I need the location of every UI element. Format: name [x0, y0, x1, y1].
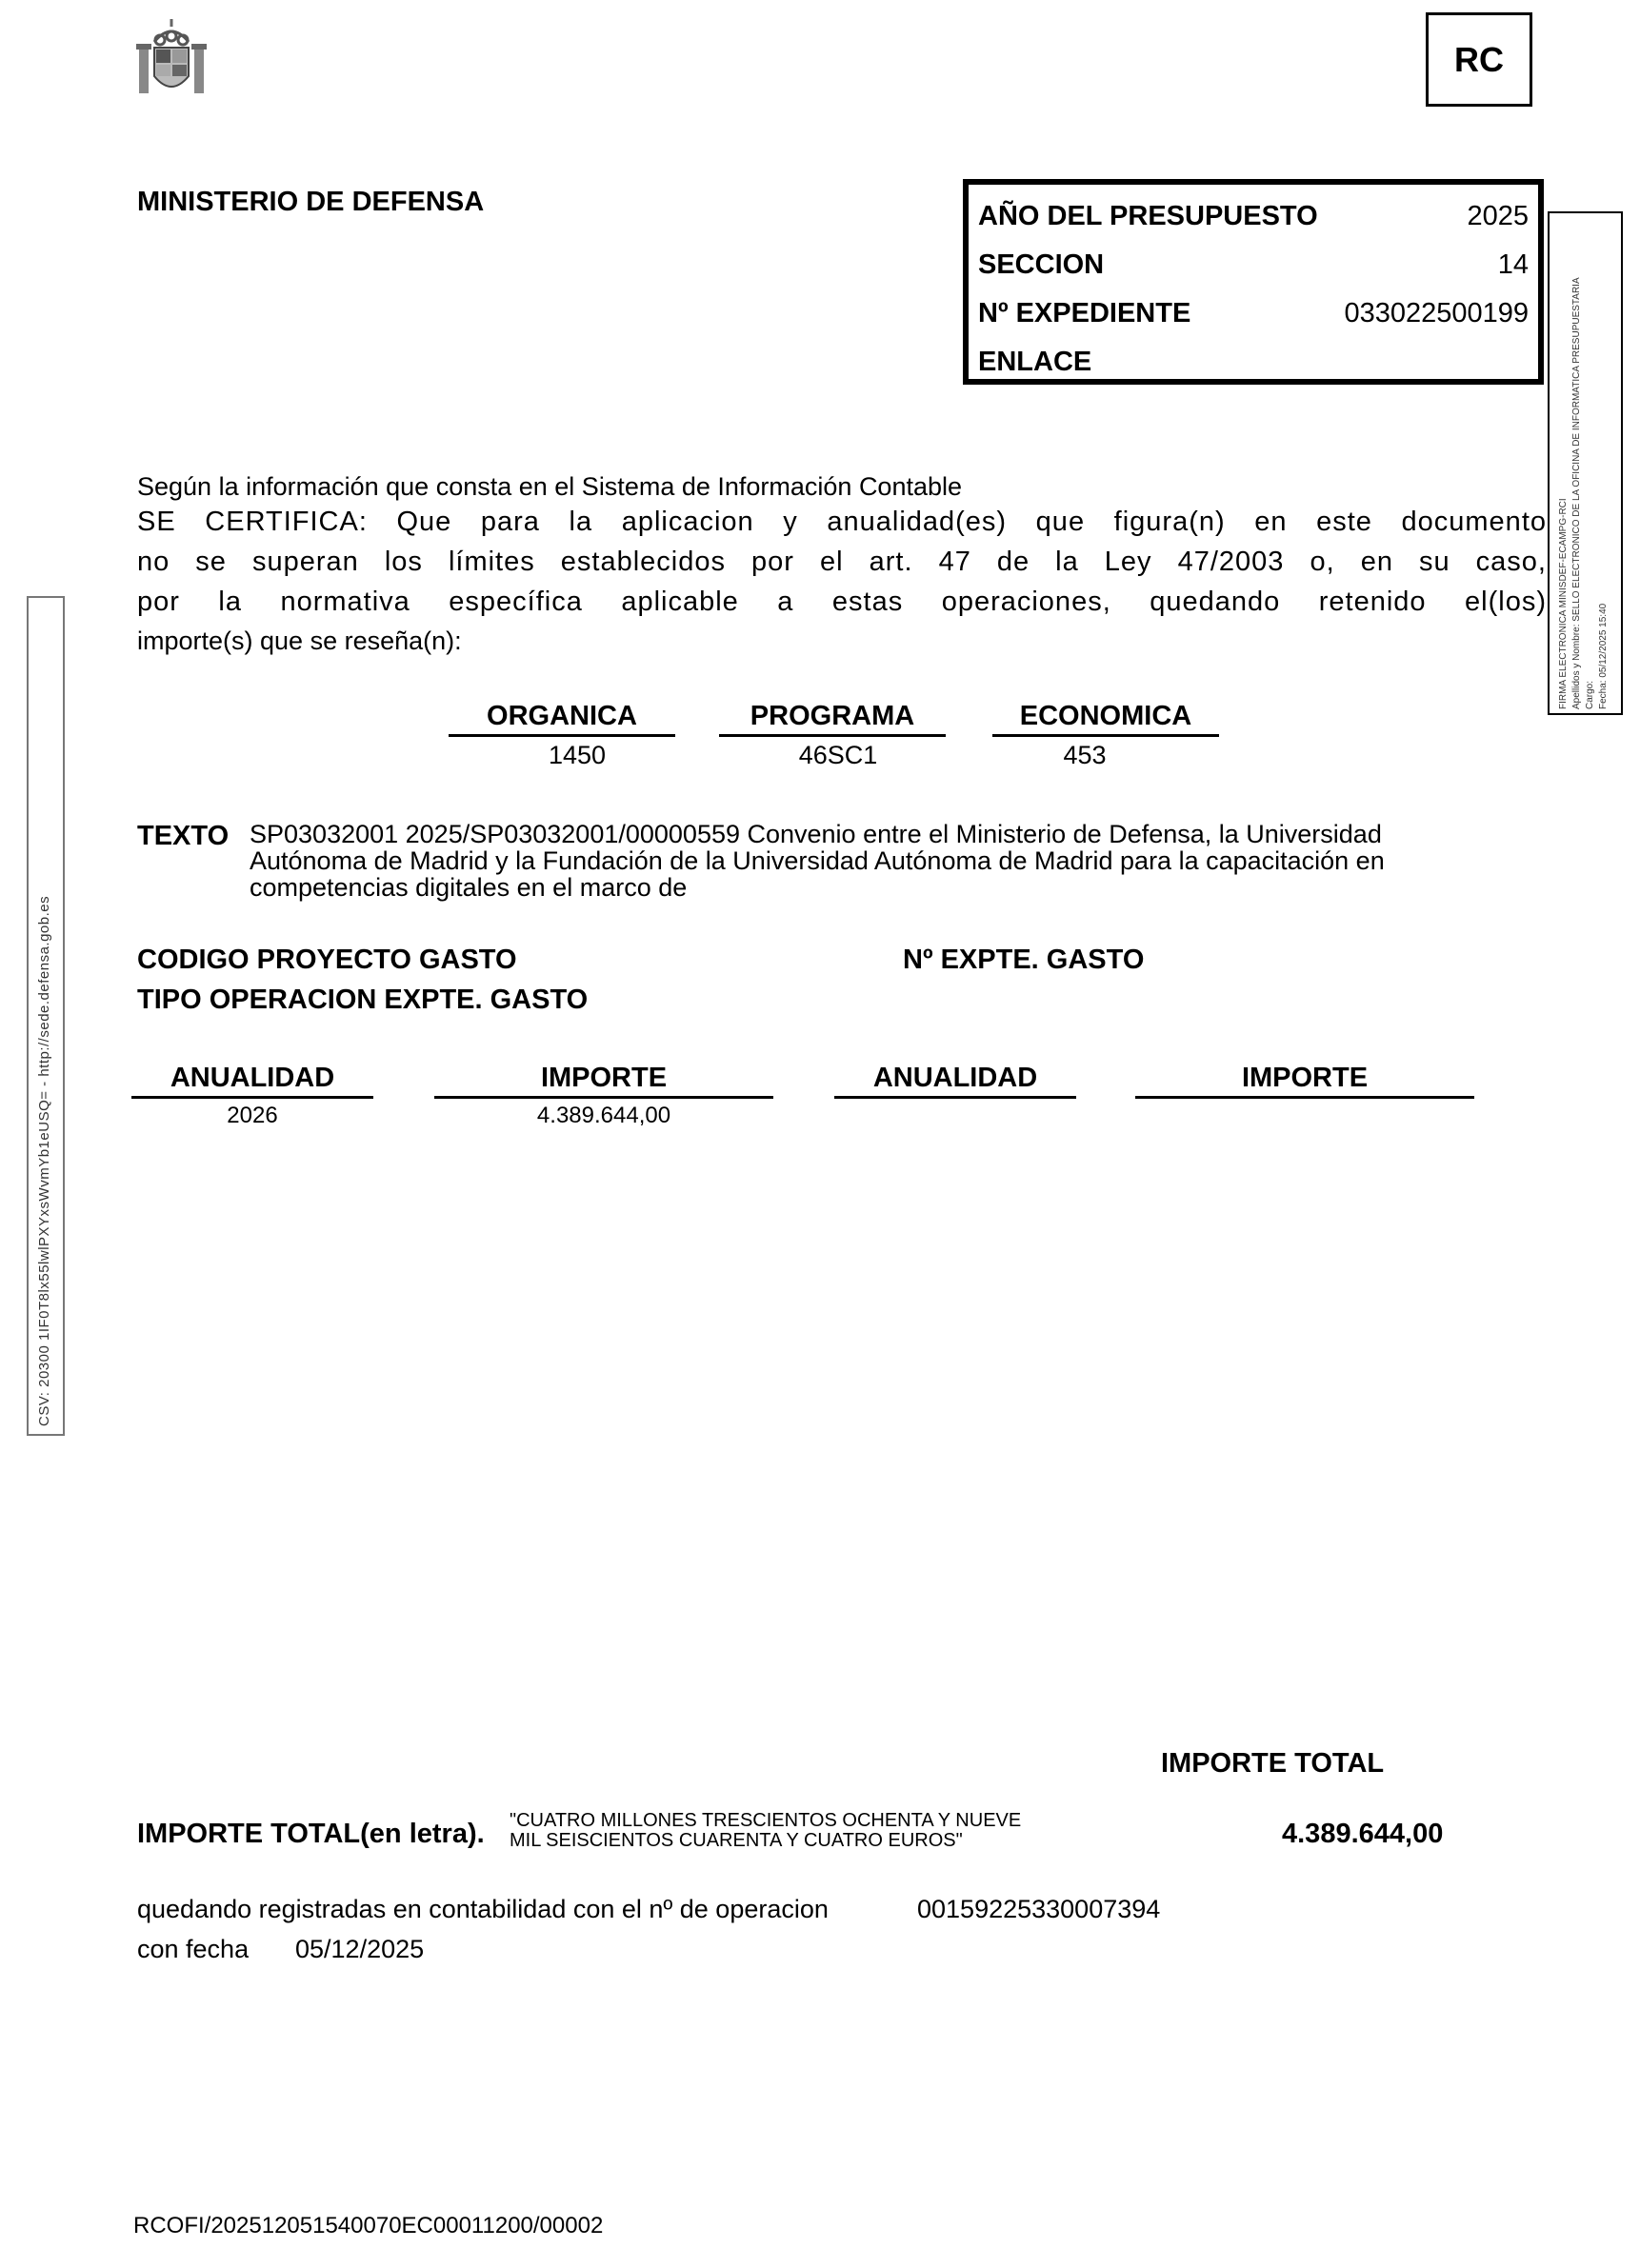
- value-organica: 1450: [449, 741, 706, 770]
- header-anualidad-1: ANUALIDAD: [131, 1063, 373, 1099]
- certificate-line: no se superan los límites establecidos p…: [137, 547, 1547, 578]
- importe-letra-line: "CUATRO MILLONES TRESCIENTOS OCHENTA Y N…: [510, 1811, 1021, 1831]
- expte-gasto-label: Nº EXPTE. GASTO: [903, 945, 1144, 976]
- budget-row-label: SECCION: [978, 241, 1104, 289]
- budget-row-label: Nº EXPEDIENTE: [978, 289, 1190, 338]
- budget-row-value: 2025: [1467, 192, 1529, 241]
- header-anualidad-2: ANUALIDAD: [834, 1063, 1076, 1099]
- signature-box: [1548, 211, 1623, 715]
- tipo-operacion-label: TIPO OPERACION EXPTE. GASTO: [137, 985, 588, 1016]
- importe-total-value: 4.389.644,00: [1282, 1819, 1443, 1850]
- header-economica: ECONOMICA: [992, 701, 1219, 737]
- certificate-last-line: importe(s) que se reseña(n):: [137, 627, 462, 656]
- importe-letra-line: MIL SEISCIENTOS CUARENTA Y CUATRO EUROS": [510, 1831, 963, 1851]
- budget-row-value: 14: [1498, 241, 1529, 289]
- footer-reference: RCOFI/202512051540070EC00011200/00002: [133, 2213, 603, 2239]
- header-organica: ORGANICA: [449, 701, 675, 737]
- budget-row-enlace: ENLACE: [978, 338, 1529, 387]
- codigo-proyecto-label: CODIGO PROYECTO GASTO: [137, 945, 517, 976]
- header-importe-1: IMPORTE: [434, 1063, 773, 1099]
- importe-value: 4.389.644,00: [434, 1103, 773, 1129]
- spain-coat-of-arms-icon: [131, 13, 211, 97]
- budget-row-year: AÑO DEL PRESUPUESTO 2025: [978, 192, 1529, 241]
- texto-line: SP03032001 2025/SP03032001/00000559 Conv…: [250, 821, 1382, 847]
- header-importe-2: IMPORTE: [1135, 1063, 1474, 1099]
- value-programa: 46SC1: [710, 741, 967, 770]
- operation-number: 00159225330007394: [917, 1895, 1160, 1924]
- budget-row-section: SECCION 14: [978, 241, 1529, 289]
- budget-row-value: 033022500199: [1344, 289, 1529, 338]
- date-label: con fecha: [137, 1935, 249, 1964]
- certificate-intro: Según la información que consta en el Si…: [137, 472, 962, 502]
- ministry-name: MINISTERIO DE DEFENSA: [137, 187, 484, 218]
- certificate-line: por la normativa específica aplicable a …: [137, 587, 1547, 618]
- certificate-line: SE CERTIFICA: Que para la aplicacion y a…: [137, 507, 1547, 538]
- header-programa: PROGRAMA: [719, 701, 946, 737]
- budget-row-label: ENLACE: [978, 338, 1091, 387]
- budget-row-expediente: Nº EXPEDIENTE 033022500199: [978, 289, 1529, 338]
- budget-info-box: AÑO DEL PRESUPUESTO 2025 SECCION 14 Nº E…: [963, 179, 1544, 385]
- date-value: 05/12/2025: [295, 1935, 424, 1964]
- texto-label: TEXTO: [137, 821, 229, 852]
- operation-label: quedando registradas en contabilidad con…: [137, 1895, 829, 1924]
- texto-line: competencias digitales en el marco de: [250, 874, 687, 901]
- value-economica: 453: [956, 741, 1213, 770]
- csv-verification-text: CSV: 20300 1IF0T8lx55lwlPXYxsWvmYb1eUSQ=…: [36, 896, 52, 1426]
- texto-line: Autónoma de Madrid y la Fundación de la …: [250, 847, 1385, 874]
- importe-letra-label: IMPORTE TOTAL(en letra).: [137, 1819, 485, 1850]
- importe-total-heading: IMPORTE TOTAL: [1161, 1748, 1384, 1780]
- budget-row-label: AÑO DEL PRESUPUESTO: [978, 192, 1318, 241]
- document-type-badge: RC: [1426, 12, 1532, 107]
- anualidad-value: 2026: [131, 1103, 373, 1129]
